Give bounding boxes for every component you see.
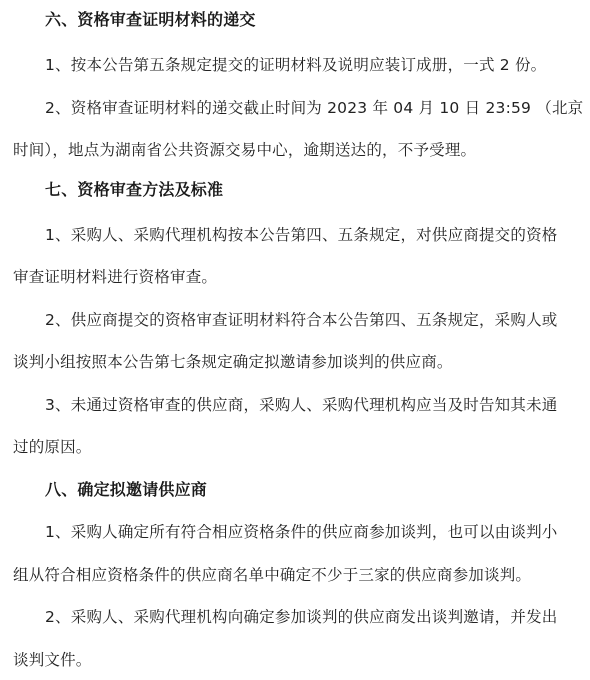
paragraph-6-1-line-1: 1、按本公告第五条规定提交的证明材料及说明应装订成册，一式 2 份。 — [45, 55, 546, 75]
section-heading-7: 七、资格审查方法及标准 — [45, 180, 223, 200]
paragraph-8-2-line-2: 谈判文件。 — [13, 650, 92, 670]
section-heading-8: 八、确定拟邀请供应商 — [45, 480, 207, 500]
paragraph-7-1-line-2: 审查证明材料进行资格审查。 — [13, 267, 217, 287]
paragraph-6-2-line-2: 时间），地点为湖南省公共资源交易中心，逾期送达的，不予受理。 — [13, 140, 476, 160]
paragraph-7-2-line-2: 谈判小组按照本公告第七条规定确定拟邀请参加谈判的供应商。 — [13, 352, 453, 372]
paragraph-8-1-line-2: 组从符合相应资格条件的供应商名单中确定不少于三家的供应商参加谈判。 — [13, 565, 531, 585]
paragraph-7-3-line-2: 过的原因。 — [13, 437, 92, 457]
paragraph-7-2-line-1: 2、供应商提交的资格审查证明材料符合本公告第四、五条规定，采购人或 — [45, 310, 557, 330]
paragraph-8-2-line-1: 2、采购人、采购代理机构向确定参加谈判的供应商发出谈判邀请，并发出 — [45, 607, 557, 627]
section-heading-6: 六、资格审查证明材料的递交 — [45, 10, 256, 30]
paragraph-7-1-line-1: 1、采购人、采购代理机构按本公告第四、五条规定，对供应商提交的资格 — [45, 225, 557, 245]
paragraph-7-3-line-1: 3、未通过资格审查的供应商，采购人、采购代理机构应当及时告知其未通 — [45, 395, 557, 415]
paragraph-6-2-line-1: 2、资格审查证明材料的递交截止时间为 2023 年 04 月 10 日 23:5… — [45, 98, 583, 118]
paragraph-8-1-line-1: 1、采购人确定所有符合相应资格条件的供应商参加谈判，也可以由谈判小 — [45, 522, 557, 542]
